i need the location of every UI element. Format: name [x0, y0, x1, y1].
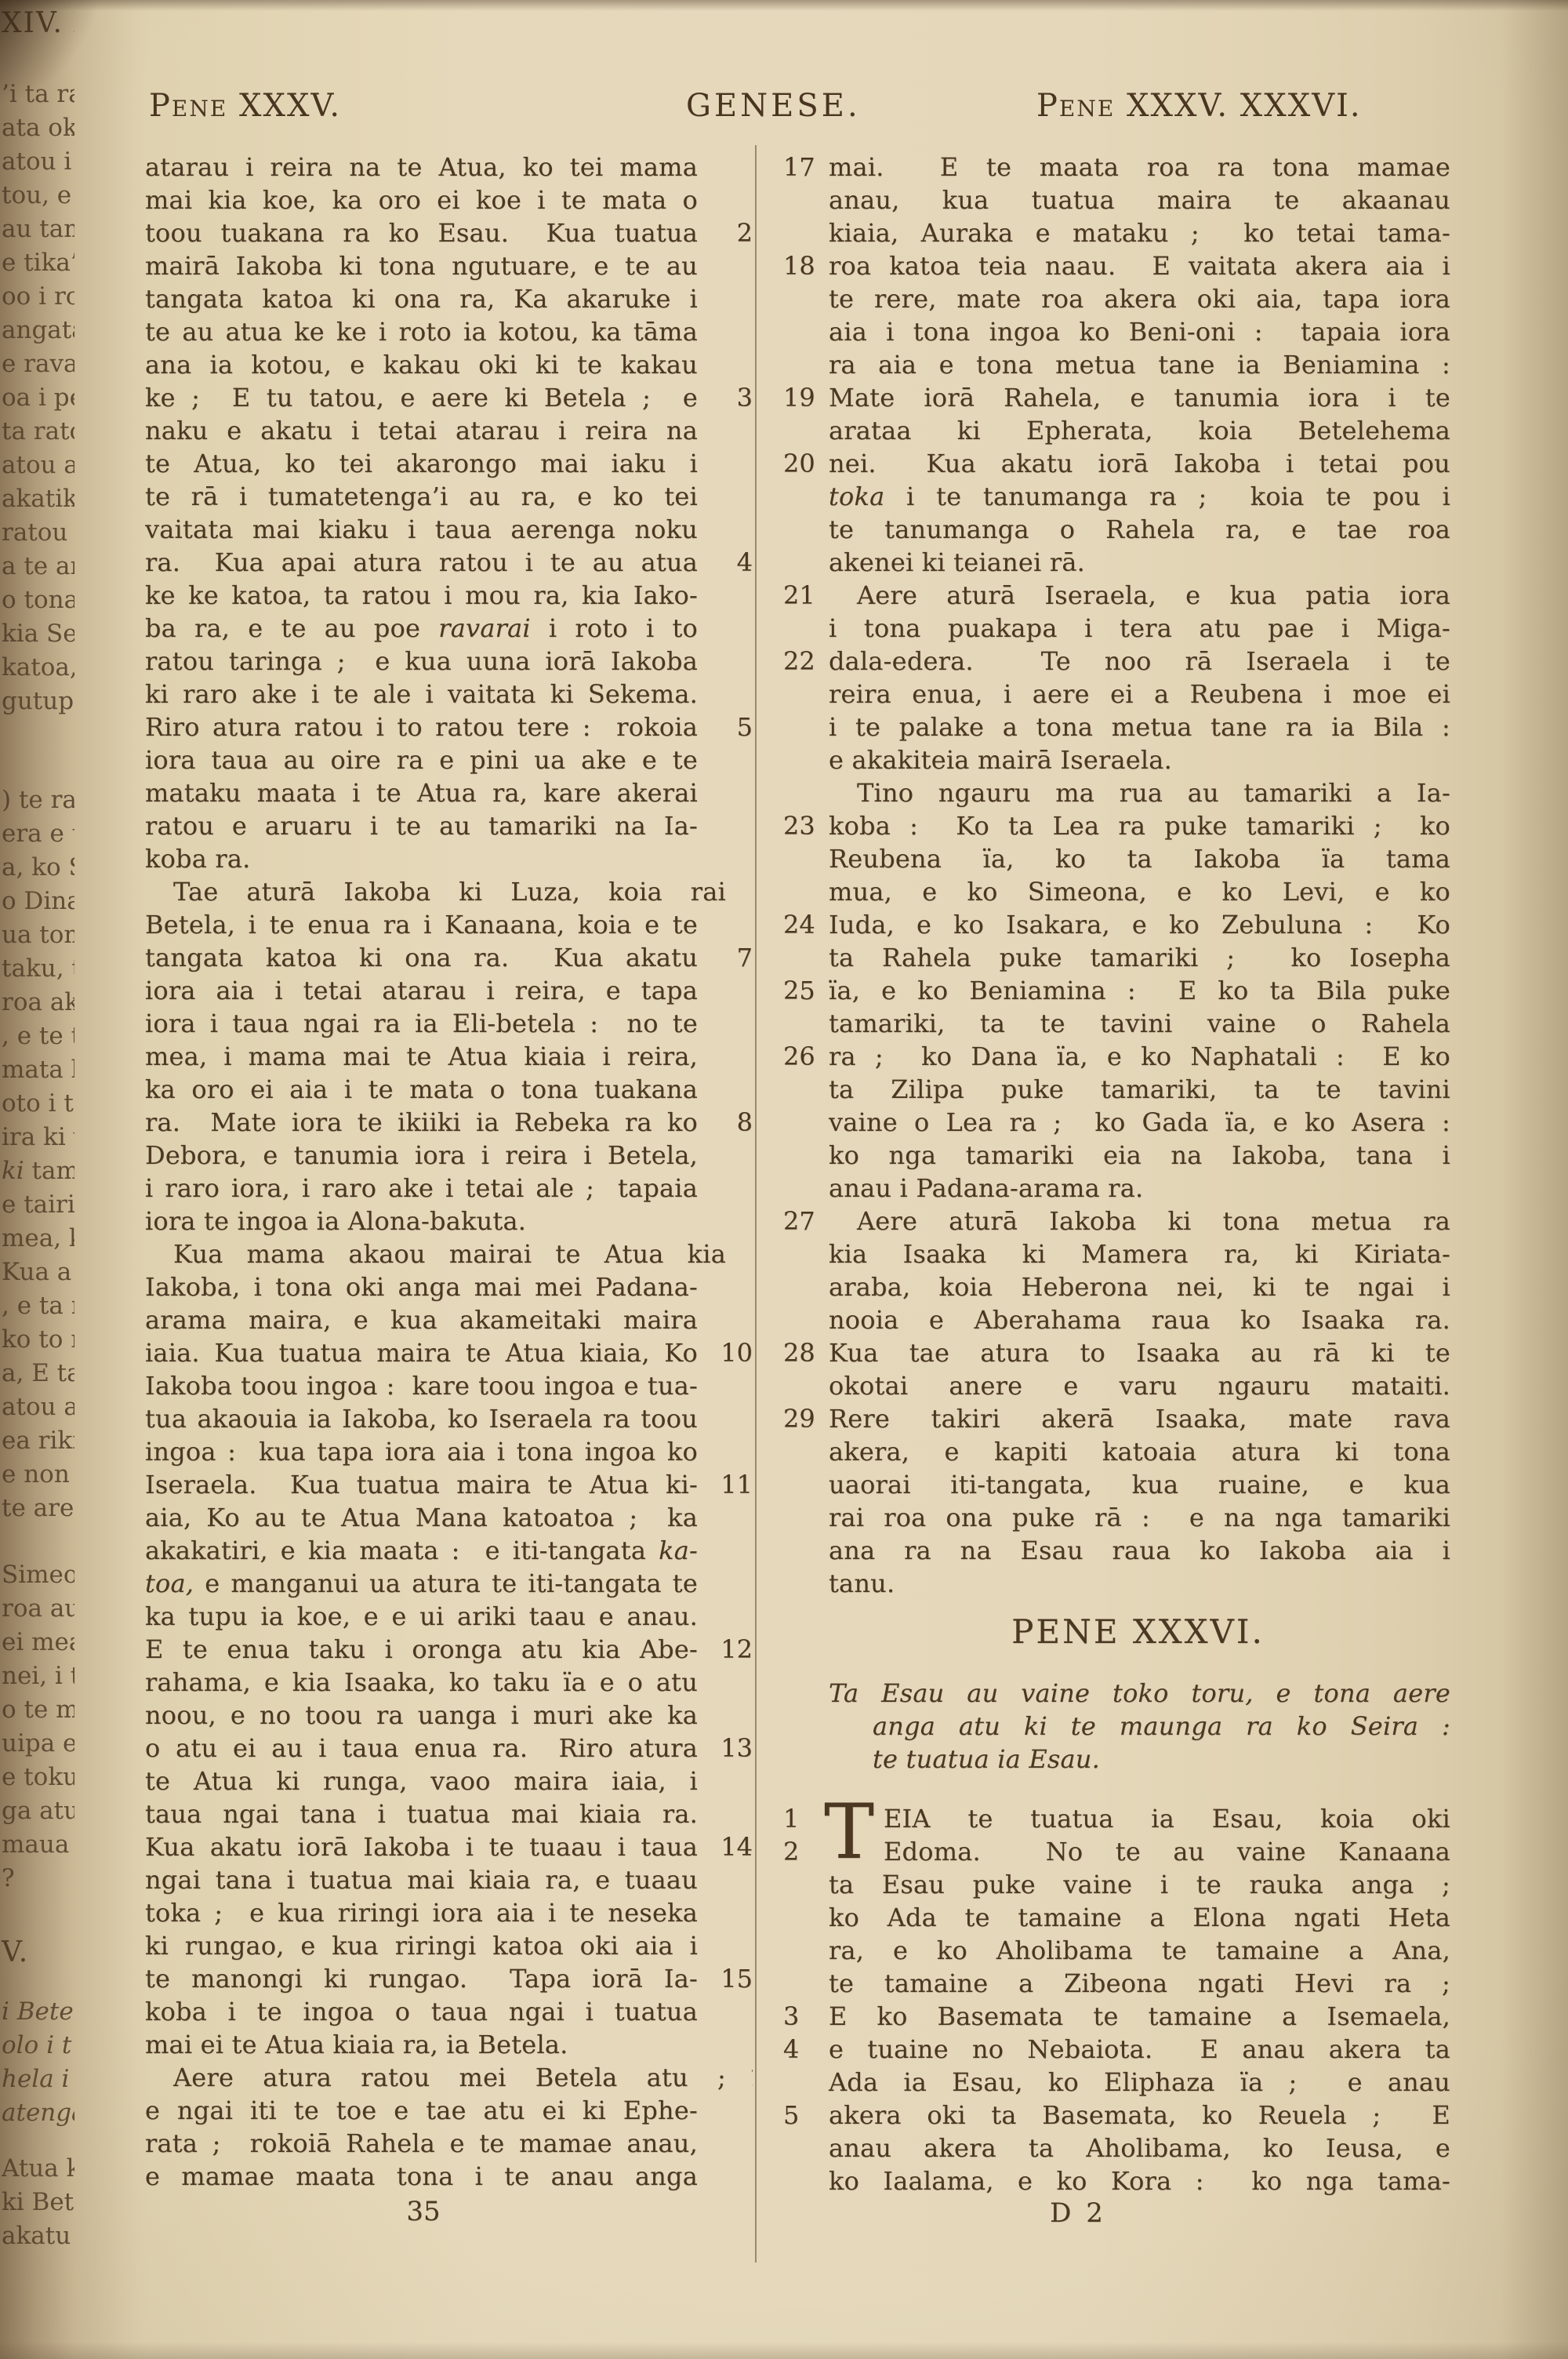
- verse-text: ïa, e ko Beniamina : E ko ta Bila puke: [829, 974, 1450, 1007]
- verse-text: akakatiri, e kia maata : e iti-tangata k…: [145, 1534, 698, 1567]
- text-line: 28Kua tae atura to Isaaka au rā ki te: [780, 1336, 1450, 1369]
- facing-page-fragment: ko to ro: [2, 1324, 74, 1355]
- verse-number: 26: [780, 1040, 829, 1073]
- verse-number: [698, 1040, 753, 1073]
- verse-text: araba, koia Heberona nei, ki te ngai i: [829, 1270, 1450, 1303]
- facing-page-fragment: ratou i: [2, 517, 74, 548]
- verse-number: [780, 1270, 829, 1303]
- verse-text: rai roa ona puke rā : e na nga tamariki: [829, 1501, 1450, 1534]
- facing-page-fragment: Simeon: [2, 1559, 74, 1590]
- facing-page-fragment: a, E ta: [2, 1358, 74, 1389]
- verse-text: i raro iora, i raro ake i tetai ale ; ta…: [145, 1172, 698, 1205]
- verse-number: [698, 1303, 753, 1336]
- text-line: 17mai. E te maata roa ra tona mamae: [780, 151, 1450, 184]
- verse-number: [698, 1007, 753, 1040]
- verse-number: [780, 1567, 829, 1600]
- verse-number: [698, 447, 753, 480]
- chapter-summary: Ta Esau au vaine toko toru, e tona aerea…: [780, 1677, 1450, 1776]
- verse-text: toa, e manganui ua atura te iti-tangata …: [145, 1567, 698, 1600]
- verse-text: ta Zilipa puke tamariki, ta te tavini: [829, 1073, 1450, 1106]
- verse-number: [698, 2160, 753, 2193]
- text-line: mairā Iakoba ki tona ngutuare, e te au: [145, 249, 753, 282]
- verse-number: [780, 1106, 829, 1139]
- verse-text: i tona puakapa i tera atu pae i Miga-: [829, 612, 1450, 645]
- verse-text: aia, Ko au te Atua Mana katoatoa ; ka: [145, 1501, 698, 1534]
- text-line: ngai tana i tuatua mai kiaia ra, e tuaau: [145, 1863, 753, 1896]
- verse-number: 23: [780, 809, 829, 842]
- text-line: iaia. Kua tuatua maira te Atua kiaia, Ko…: [145, 1336, 753, 1369]
- facing-page-fragment: ki tama: [2, 1155, 74, 1187]
- verse-text: te Atua ki runga, vaoo maira iaia, i: [145, 1765, 698, 1797]
- verse-number: 27: [780, 1205, 829, 1238]
- verse-number: [698, 1073, 753, 1106]
- verse-number: [698, 809, 753, 842]
- verse-text: EIA te tuatua ia Esau, koia oki: [829, 1802, 1450, 1835]
- facing-page-fragment: mata k: [2, 1054, 74, 1085]
- verse-number: [698, 184, 753, 216]
- facing-page-fragment: V.: [2, 1937, 29, 1968]
- page-number: 35: [145, 2196, 702, 2227]
- verse-number: [698, 1995, 753, 2028]
- text-line: 18roa katoa teia naau. E vaitata akera a…: [780, 249, 1450, 282]
- facing-page-fragment: oa i pe: [2, 382, 74, 413]
- facing-page-fragment: ata oki: [2, 112, 74, 144]
- verse-number: [698, 1205, 753, 1238]
- facing-page-fragment: ’i ta ra: [2, 78, 74, 110]
- verse-number: [780, 776, 829, 809]
- verse-number: [780, 1468, 829, 1501]
- verse-text: Kua akatu iorā Iakoba i te tuaau i taua: [145, 1830, 698, 1863]
- text-line: 5akera oki ta Basemata, ko Reuela ; E: [780, 2099, 1450, 2132]
- verse-text: mai ei te Atua kiaia ra, ia Betela.: [145, 2028, 698, 2061]
- verse-text: ko Ada te tamaine a Elona ngati Heta: [829, 1901, 1450, 1934]
- verse-number: [780, 315, 829, 348]
- text-line: nooia e Aberahama raua ko Isaaka ra.: [780, 1303, 1450, 1336]
- verse-number: [780, 348, 829, 381]
- verse-number: [780, 2066, 829, 2099]
- text-line: tamariki, ta te tavini vaine o Rahela: [780, 1007, 1450, 1040]
- text-line: tangata katoa ki ona ra. Kua akatu7: [145, 941, 753, 974]
- verse-number: [780, 875, 829, 908]
- verse-text: nei. Kua akatu iorā Iakoba i tetai pou: [829, 447, 1450, 480]
- verse-text: rata ; rokoiā Rahela e te mamae anau,: [145, 2127, 698, 2160]
- text-line: ki rungao, e kua riringi katoa oki aia i: [145, 1929, 753, 1962]
- verse-text: e tuaine no Nebaiota. E anau akera ta: [829, 2033, 1450, 2066]
- verse-number: [698, 1534, 753, 1567]
- facing-page-fragment: akatika: [2, 483, 74, 514]
- verse-text: ratou taringa ; e kua uuna iorā Iakoba: [145, 645, 698, 678]
- facing-page-fragment: , e ta ra: [2, 1290, 74, 1321]
- text-line: Kua akatu iorā Iakoba i te tuaau i taua1…: [145, 1830, 753, 1863]
- verse-number: 19: [780, 381, 829, 414]
- text-line: Iseraela. Kua tuatua maira te Atua ki-11: [145, 1468, 753, 1501]
- facing-page-fragment: tou, e e: [2, 180, 74, 211]
- verse-number: [698, 1501, 753, 1534]
- verse-text: dala-edera. Te noo rā Iseraela i te: [829, 645, 1450, 678]
- text-line: 4e tuaine no Nebaiota. E anau akera ta: [780, 2033, 1450, 2066]
- facing-page-fragment: akatu i: [2, 2220, 74, 2252]
- verse-text: iora i taua ngai ra ia Eli-betela : no t…: [145, 1007, 698, 1040]
- text-line: te Atua ki runga, vaoo maira iaia, i: [145, 1765, 753, 1797]
- verse-text: ko Iaalama, e ko Kora : ko nga tama-: [829, 2165, 1450, 2197]
- verse-number: [780, 480, 829, 513]
- verse-text: aia i tona ingoa ko Beni-oni : tapaia io…: [829, 315, 1450, 348]
- verse-text: reira enua, i aere ei a Reubena i moe ei: [829, 678, 1450, 711]
- verse-number: 29: [780, 1402, 829, 1435]
- verse-number: [698, 908, 753, 941]
- verse-number: [698, 249, 753, 282]
- facing-page-fragment: roa ake: [2, 987, 74, 1018]
- verse-number: [698, 2127, 753, 2160]
- text-line: Iakoba toou ingoa : kare toou ingoa e tu…: [145, 1369, 753, 1402]
- text-line: te rere, mate roa akera oki aia, tapa io…: [780, 282, 1450, 315]
- verse-number: [698, 1172, 753, 1205]
- text-line: okotai anere e varu ngauru mataiti.: [780, 1369, 1450, 1402]
- facing-page-fragment: ea riki: [2, 1425, 74, 1456]
- text-line: reira enua, i aere ei a Reubena i moe ei: [780, 678, 1450, 711]
- text-line: ra, e ko Aholibama te tamaine a Ana,: [780, 1934, 1450, 1967]
- text-line: 25ïa, e ko Beniamina : E ko ta Bila puke: [780, 974, 1450, 1007]
- verse-text: te rere, mate roa akera oki aia, tapa io…: [829, 282, 1450, 315]
- facing-page-fragment: XIV. X: [2, 8, 74, 39]
- verse-number: [780, 1435, 829, 1468]
- text-line: 20nei. Kua akatu iorā Iakoba i tetai pou: [780, 447, 1450, 480]
- text-line: iora aia i tetai atarau i reira, e tapa: [145, 974, 753, 1007]
- text-line: ko Iaalama, e ko Kora : ko nga tama-: [780, 2165, 1450, 2197]
- verse-number: [780, 216, 829, 249]
- verse-text: iora taua au oire ra e pini ua ake e te: [145, 743, 698, 776]
- verse-text: ratou e aruaru i te au tamariki na Ia-: [145, 809, 698, 842]
- facing-page-fragment: ira ki v: [2, 1121, 74, 1153]
- verse-text: e akakiteia mairā Iseraela.: [829, 743, 1450, 776]
- verse-number: 2: [780, 1835, 829, 1868]
- verse-number: 4: [698, 546, 753, 579]
- verse-text: te au atua ke ke i roto ia kotou, ka tām…: [145, 315, 698, 348]
- verse-text: ana ia kotou, e kakau oki ki te kakau: [145, 348, 698, 381]
- verse-number: [780, 842, 829, 875]
- verse-number: [698, 2094, 753, 2127]
- facing-page-fragment: ga atu: [2, 1795, 74, 1826]
- book-page: XIV. X’i ta raata okiatou i ttou, e eau …: [0, 0, 1568, 2359]
- verse-text: kiaia, Auraka e mataku ; ko tetai tama-: [829, 216, 1450, 249]
- verse-number: 12: [698, 1633, 753, 1666]
- text-line: te manongi ki rungao. Tapa iorā Ia-15: [145, 1962, 753, 1995]
- verse-text: akera oki ta Basemata, ko Reuela ; E: [829, 2099, 1450, 2132]
- verse-number: [780, 711, 829, 743]
- verse-number: [780, 282, 829, 315]
- verse-text: ba ra, e te au poe ravarai i roto i to: [145, 612, 698, 645]
- verse-text: ki rungao, e kua riringi katoa oki aia i: [145, 1929, 698, 1962]
- verse-text: anau i Padana-arama ra.: [829, 1172, 1450, 1205]
- verse-number: [780, 1677, 829, 1710]
- text-line: ana ia kotou, e kakau oki ki te kakau: [145, 348, 753, 381]
- verse-text: atarau i reira na te Atua, ko tei mama: [145, 151, 698, 184]
- verse-text: mai kia koe, ka oro ei koe i te mata o: [145, 184, 698, 216]
- verse-number: [698, 612, 753, 645]
- facing-page-fragment: e toku: [2, 1761, 74, 1793]
- text-line: 1EIA te tuatua ia Esau, koia oki: [780, 1802, 1450, 1835]
- text-line: Tae aturā Iakoba ki Luza, koia rai6: [145, 875, 753, 908]
- verse-text: toou tuakana ra ko Esau. Kua tuatua: [145, 216, 698, 249]
- verse-number: [698, 513, 753, 546]
- facing-page-fragment: o Dina: [2, 885, 74, 917]
- text-line: kia Isaaka ki Mamera ra, ki Kiriata-: [780, 1238, 1450, 1270]
- text-line: 2Edoma. No te au vaine Kanaana: [780, 1835, 1450, 1868]
- text-line: ana ra na Esau raua ko Iakoba aia i: [780, 1534, 1450, 1567]
- verse-number: [780, 941, 829, 974]
- text-line: iora taua au oire ra e pini ua ake e te: [145, 743, 753, 776]
- text-line: Debora, e tanumia iora i reira i Betela,: [145, 1139, 753, 1172]
- facing-page-fragment: angata: [2, 314, 74, 346]
- facing-page-fragment: atenga: [2, 2097, 74, 2128]
- verse-text: anau, kua tuatua maira te akaanau: [829, 184, 1450, 216]
- text-line: ra. Kua apai atura ratou i te au atua4: [145, 546, 753, 579]
- text-line: ki raro ake i te ale i vaitata ki Sekema…: [145, 678, 753, 711]
- text-line: mai kia koe, ka oro ei koe i te mata o: [145, 184, 753, 216]
- column-divider-rule: [755, 145, 757, 2263]
- verse-text: Edoma. No te au vaine Kanaana: [829, 1835, 1450, 1868]
- verse-text: ingoa : kua tapa iora aia i tona ingoa k…: [145, 1435, 698, 1468]
- facing-page-fragment: e tairip: [2, 1189, 74, 1220]
- verse-number: [698, 579, 753, 612]
- verse-number: [780, 1238, 829, 1270]
- verse-text: E te enua taku i oronga atu kia Abe-: [145, 1633, 698, 1666]
- verse-text: kia Isaaka ki Mamera ra, ki Kiriata-: [829, 1238, 1450, 1270]
- verse-number: 3: [698, 381, 753, 414]
- verse-number: [698, 1666, 753, 1699]
- verse-number: [698, 282, 753, 315]
- facing-page-edge: XIV. X’i ta raata okiatou i ttou, e eau …: [0, 0, 74, 2359]
- text-line: te tanumanga o Rahela ra, e tae roa: [780, 513, 1450, 546]
- verse-number: 8: [698, 1106, 753, 1139]
- facing-page-fragment: era e t: [2, 818, 74, 849]
- text-line: Aere atura ratou mei Betela atu ;16: [145, 2061, 753, 2094]
- verse-number: [780, 1967, 829, 2000]
- facing-page-fragment: maua t: [2, 1829, 74, 1860]
- facing-page-fragment: nei, i te: [2, 1660, 74, 1692]
- verse-text: mairā Iakoba ki tona ngutuare, e te au: [145, 249, 698, 282]
- verse-text: ko nga tamariki eia na Iakoba, tana i: [829, 1139, 1450, 1172]
- signature-mark: D 2: [780, 2197, 1376, 2229]
- facing-page-fragment: i Betel: [2, 1996, 74, 2027]
- verse-number: [780, 2165, 829, 2197]
- verse-text: tanu.: [829, 1567, 1450, 1600]
- text-line: i tona puakapa i tera atu pae i Miga-: [780, 612, 1450, 645]
- verse-text: vaine o Lea ra ; ko Gada ïa, e ko Asera …: [829, 1106, 1450, 1139]
- verse-number: 3: [780, 2000, 829, 2033]
- verse-number: [780, 678, 829, 711]
- facing-page-fragment: atou au: [2, 449, 74, 481]
- verse-number: [698, 1567, 753, 1600]
- verse-text: Iseraela. Kua tuatua maira te Atua ki-: [145, 1468, 698, 1501]
- verse-text: naku e akatu i tetai atarau i reira na: [145, 414, 698, 447]
- facing-page-fragment: ei mea: [2, 1627, 74, 1658]
- text-line: tanu.: [780, 1567, 1450, 1600]
- text-line: 22dala-edera. Te noo rā Iseraela i te: [780, 645, 1450, 678]
- text-line: Iakoba, i tona oki anga mai mei Padana-: [145, 1270, 753, 1303]
- verse-text: ta Esau puke vaine i te rauka anga ;: [829, 1868, 1450, 1901]
- verse-number: [698, 1929, 753, 1962]
- verse-number: [698, 1797, 753, 1830]
- facing-page-fragment: te are.: [2, 1492, 74, 1524]
- facing-page-fragment: gutupa: [2, 685, 74, 717]
- verse-text: mea, i mama mai te Atua kiaia i reira,: [145, 1040, 698, 1073]
- facing-page-fragment: e rava: [2, 348, 74, 380]
- facing-page-fragment: oo i ro: [2, 281, 74, 312]
- text-line: ke ke katoa, ta ratou i mou ra, kia Iako…: [145, 579, 753, 612]
- chapter-35-text-block: 17mai. E te maata roa ra tona mamaeanau,…: [780, 151, 1450, 1600]
- verse-text: mua, e ko Simeona, e ko Levi, e ko: [829, 875, 1450, 908]
- facing-page-fragment: a te aro: [2, 551, 74, 582]
- verse-number: 28: [780, 1336, 829, 1369]
- text-line: 24Iuda, e ko Isakara, e ko Zebuluna : Ko: [780, 908, 1450, 941]
- text-line: akera, e kapiti katoaia atura ki tona: [780, 1435, 1450, 1468]
- verse-text: Debora, e tanumia iora i reira i Betela,: [145, 1139, 698, 1172]
- text-line: Betela, i te enua ra i Kanaana, koia e t…: [145, 908, 753, 941]
- verse-number: 21: [780, 579, 829, 612]
- text-line: te tuatua ia Esau.: [780, 1743, 1450, 1776]
- facing-page-fragment: uipa e: [2, 1728, 74, 1759]
- text-line: toou tuakana ra ko Esau. Kua tuatua2: [145, 216, 753, 249]
- verse-text: okotai anere e varu ngauru mataiti.: [829, 1369, 1450, 1402]
- text-line: ka oro ei aia i te mata o tona tuakana: [145, 1073, 753, 1106]
- facing-page-fragment: e tika’i: [2, 247, 74, 278]
- text-line: arama maira, e kua akameitaki maira: [145, 1303, 753, 1336]
- text-line: 23koba : Ko ta Lea ra puke tamariki ; ko: [780, 809, 1450, 842]
- text-line: te rā i tumatetenga’i au ra, e ko tei: [145, 480, 753, 513]
- text-line: ta Esau puke vaine i te rauka anga ;: [780, 1868, 1450, 1901]
- text-line: atarau i reira na te Atua, ko tei mama: [145, 151, 753, 184]
- running-header-chapter-left: Pene XXXV.: [149, 88, 341, 124]
- verse-number: 9: [726, 1238, 753, 1270]
- text-line: akakatiri, e kia maata : e iti-tangata k…: [145, 1534, 753, 1567]
- verse-number: 16: [726, 2061, 753, 2094]
- text-line: 29Rere takiri akerā Isaaka, mate rava: [780, 1402, 1450, 1435]
- text-line: Kua mama akaou mairai te Atua kia9: [145, 1238, 753, 1270]
- verse-text: Ta Esau au vaine toko toru, e tona aere: [829, 1677, 1450, 1710]
- verse-number: 13: [698, 1732, 753, 1765]
- verse-number: [780, 1934, 829, 1967]
- verse-text: Iuda, e ko Isakara, e ko Zebuluna : Ko: [829, 908, 1450, 941]
- drop-cap-letter: T: [824, 1797, 874, 1866]
- text-line: te Atua, ko tei akarongo mai iaku i: [145, 447, 753, 480]
- text-line: 21Aere aturā Iseraela, e kua patia iora: [780, 579, 1450, 612]
- verse-number: [780, 743, 829, 776]
- verse-text: E ko Basemata te tamaine a Isemaela,: [829, 2000, 1450, 2033]
- verse-text: ra. Mate iora te ikiiki ia Rebeka ra ko: [145, 1106, 698, 1139]
- text-line: i te palake a tona metua tane ra ia Bila…: [780, 711, 1450, 743]
- verse-text: Kua tae atura to Isaaka au rā ki te: [829, 1336, 1450, 1369]
- text-line: e ngai iti te toe e tae atu ei ki Ephe-: [145, 2094, 753, 2127]
- text-line: te tamaine a Zibeona ngati Hevi ra ;: [780, 1967, 1450, 2000]
- running-header-chapter-right: Pene XXXV. XXXVI.: [1036, 88, 1362, 124]
- text-line: 27Aere aturā Iakoba ki tona metua ra: [780, 1205, 1450, 1238]
- text-line: aia, Ko au te Atua Mana katoatoa ; ka: [145, 1501, 753, 1534]
- verse-number: [698, 1699, 753, 1732]
- verse-number: [780, 184, 829, 216]
- verse-text: Tae aturā Iakoba ki Luza, koia rai: [145, 875, 726, 908]
- text-line: Tino ngauru ma rua au tamariki a Ia-: [780, 776, 1450, 809]
- verse-number: 6: [726, 875, 753, 908]
- verse-text: ki raro ake i te ale i vaitata ki Sekema…: [145, 678, 698, 711]
- verse-text: akenei ki teianei rā.: [829, 546, 1450, 579]
- text-line: koba i te ingoa o taua ngai i tuatua: [145, 1995, 753, 2028]
- verse-text: noou, e no toou ra uanga i muri ake ka: [145, 1699, 698, 1732]
- verse-number: 25: [780, 974, 829, 1007]
- text-line: ko nga tamariki eia na Iakoba, tana i: [780, 1139, 1450, 1172]
- left-text-column: atarau i reira na te Atua, ko tei mamama…: [145, 151, 753, 2193]
- verse-text: arama maira, e kua akameitaki maira: [145, 1303, 698, 1336]
- verse-text: tamariki, ta te tavini vaine o Rahela: [829, 1007, 1450, 1040]
- facing-page-fragment: ta ratou: [2, 416, 74, 447]
- verse-text: tangata katoa ki ona ra. Kua akatu: [145, 941, 698, 974]
- verse-text: te rā i tumatetenga’i au ra, e ko tei: [145, 480, 698, 513]
- verse-text: taua ngai tana i tuatua mai kiaia ra.: [145, 1797, 698, 1830]
- verse-number: [780, 1868, 829, 1901]
- verse-text: Riro atura ratou i to ratou tere : rokoi…: [145, 711, 698, 743]
- verse-text: te tuatua ia Esau.: [829, 1743, 1450, 1776]
- text-line: o atu ei au i taua enua ra. Riro atura13: [145, 1732, 753, 1765]
- verse-text: mai. E te maata roa ra tona mamae: [829, 151, 1450, 184]
- verse-text: Betela, i te enua ra i Kanaana, koia e t…: [145, 908, 698, 941]
- facing-page-fragment: katoa,: [2, 652, 74, 683]
- verse-number: [698, 776, 753, 809]
- text-line: iora i taua ngai ra ia Eli-betela : no t…: [145, 1007, 753, 1040]
- facing-page-fragment: au tam: [2, 213, 74, 245]
- text-line: anau i Padana-arama ra.: [780, 1172, 1450, 1205]
- text-line: ratou taringa ; e kua uuna iorā Iakoba: [145, 645, 753, 678]
- verse-text: tangata katoa ki ona ra, Ka akaruke i: [145, 282, 698, 315]
- verse-text: te tanumanga o Rahela ra, e tae roa: [829, 513, 1450, 546]
- text-line: Ta Esau au vaine toko toru, e tona aere: [780, 1677, 1450, 1710]
- verse-text: nooia e Aberahama raua ko Isaaka ra.: [829, 1303, 1450, 1336]
- verse-text: tua akaouia ia Iakoba, ko Iseraela ra to…: [145, 1402, 698, 1435]
- facing-page-fragment: hela i t: [2, 2063, 74, 2095]
- facing-page-fragment: ?: [2, 1863, 15, 1894]
- verse-text: iora aia i tetai atarau i reira, e tapa: [145, 974, 698, 1007]
- verse-number: 5: [698, 711, 753, 743]
- verse-number: [780, 2132, 829, 2165]
- verse-text: akera, e kapiti katoaia atura ki tona: [829, 1435, 1450, 1468]
- verse-text: te Atua, ko tei akarongo mai iaku i: [145, 447, 698, 480]
- text-line: te au atua ke ke i roto ia kotou, ka tām…: [145, 315, 753, 348]
- verse-number: 4: [780, 2033, 829, 2066]
- verse-text: ra aia e tona metua tane ia Beniamina :: [829, 348, 1450, 381]
- verse-number: [698, 1270, 753, 1303]
- facing-page-fragment: olo i t: [2, 2030, 71, 2061]
- verse-text: ngai tana i tuatua mai kiaia ra, e tuaau: [145, 1863, 698, 1896]
- verse-text: anga atu ki te maunga ra ko Seira :: [829, 1710, 1450, 1743]
- verse-number: [698, 1600, 753, 1633]
- facing-page-fragment: roa au: [2, 1593, 74, 1624]
- facing-page-fragment: oto i te: [2, 1088, 74, 1119]
- facing-page-fragment: e non: [2, 1459, 70, 1490]
- verse-number: [698, 315, 753, 348]
- right-text-column: 17mai. E te maata roa ra tona mamaeanau,…: [780, 151, 1450, 2197]
- facing-page-fragment: Kua a: [2, 1256, 71, 1288]
- verse-text: Aere aturā Iseraela, e kua patia iora: [829, 579, 1450, 612]
- verse-number: 24: [780, 908, 829, 941]
- verse-number: 2: [698, 216, 753, 249]
- text-line: anga atu ki te maunga ra ko Seira :: [780, 1710, 1450, 1743]
- verse-text: e mamae maata tona i te anau anga: [145, 2160, 698, 2193]
- facing-page-fragment: atou i t: [2, 146, 74, 177]
- verse-number: [698, 1863, 753, 1896]
- verse-text: ka tupu ia koe, e e ui ariki taau e anau…: [145, 1600, 698, 1633]
- verse-text: mataku maata i te Atua ra, kare akerai: [145, 776, 698, 809]
- verse-text: ke ; E tu tatou, e aere ki Betela ; e: [145, 381, 698, 414]
- verse-number: [698, 480, 753, 513]
